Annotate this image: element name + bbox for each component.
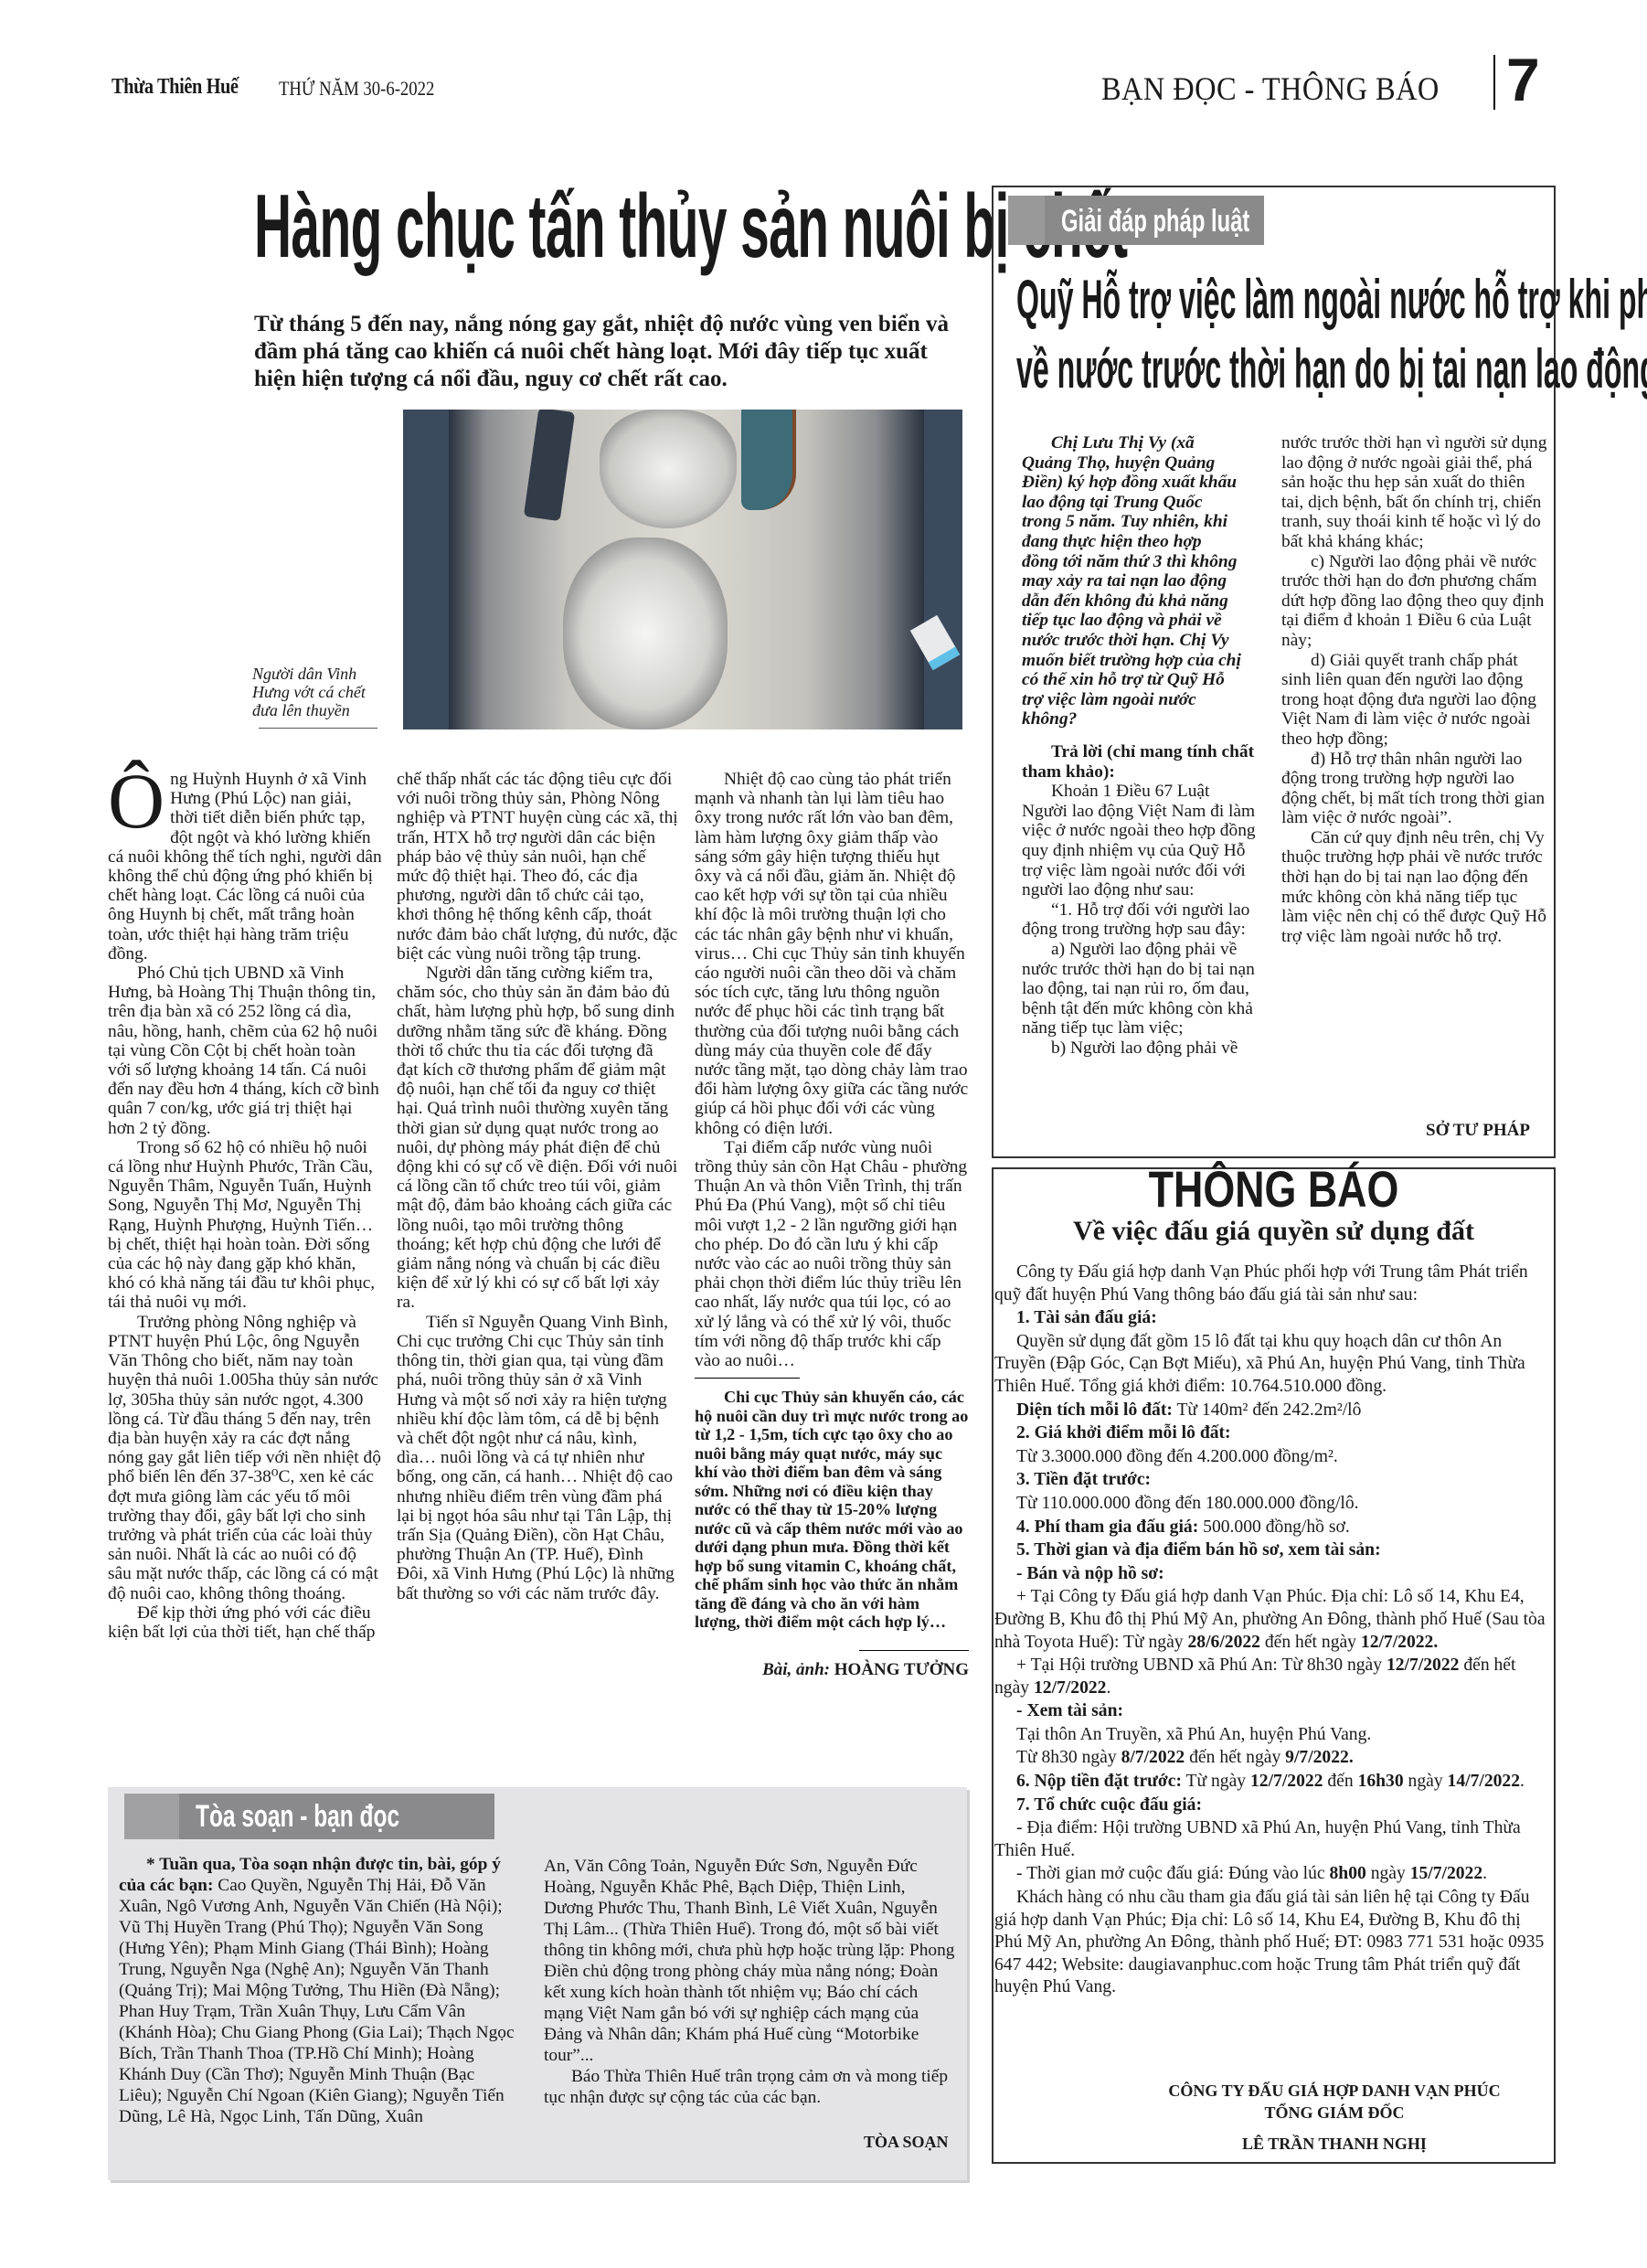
readers-signature: TÒA SOẠN <box>864 2133 949 2152</box>
fish-pile-image-shape <box>600 410 737 528</box>
article-sapo: Từ tháng 5 đến nay, nắng nóng gay gắt, n… <box>254 311 967 393</box>
article-paragraph: Nhiệt độ cao cùng tảo phát triển mạnh và… <box>695 770 969 1138</box>
legal-qa-signature: SỞ TƯ PHÁP <box>1426 1121 1530 1141</box>
article-byline: Bài, ảnh: HOÀNG TƯỞNG <box>695 1660 969 1679</box>
readers-column-2: An, Văn Công Toản, Nguyễn Đức Sơn, Nguyễ… <box>544 1856 955 2108</box>
article-paragraph-continued: chế thấp nhất các tác động tiêu cực đối … <box>397 770 678 964</box>
legal-answer-col-1: Trả lời (chỉ mang tính chất tham khảo): … <box>1022 742 1256 1059</box>
article-paragraph: Trong số 62 hộ có nhiều hộ nuôi cá lồng … <box>108 1138 382 1313</box>
note-divider <box>695 1378 800 1379</box>
contact-info: Khách hàng có nhu cầu tham gia đấu giá t… <box>994 1887 1547 1999</box>
photo-caption: Người dân Vinh Hưng vớt cá chết đưa lên … <box>252 665 380 719</box>
header-divider <box>1493 55 1495 110</box>
newspaper-name: Thừa Thiên Huế <box>112 75 239 100</box>
article-paragraph: Tiến sĩ Nguyễn Quang Vinh Bình, Chi cục … <box>397 1313 678 1603</box>
fish-pile-image-shape <box>563 538 728 729</box>
article-paragraph: Để kịp thời ứng phó với các điều kiện bấ… <box>108 1603 382 1643</box>
article-paragraph: Trưởng phòng Nông nghiệp và PTNT huyện P… <box>108 1313 382 1603</box>
legal-qa-tag: Giải đáp pháp luật <box>1008 196 1264 245</box>
legal-qa-title: Quỹ Hỗ trợ việc làm ngoài nước hỗ trợ kh… <box>1016 265 1300 404</box>
article-column-3: Nhiệt độ cao cùng tảo phát triển mạnh và… <box>695 770 969 1679</box>
answer-label: Trả lời (chỉ mang tính chất tham khảo): <box>1022 742 1256 782</box>
readers-column-1: * Tuần qua, Tòa soạn nhận được tin, bài,… <box>119 1854 521 2127</box>
caption-divider <box>259 728 377 729</box>
article-photo-dead-fish <box>403 410 962 729</box>
main-headline: Hàng chục tấn thủy sản nuôi bị chết <box>254 181 673 271</box>
notice-subtitle: Về việc đấu giá quyền sử dụng đất <box>992 1216 1556 1247</box>
article-column-1: Ông Huỳnh Huynh ở xã Vinh Hưng (Phú Lộc)… <box>108 770 382 1643</box>
byline-divider <box>859 1650 969 1651</box>
article-paragraph: Phó Chủ tịch UBND xã Vinh Hưng, bà Hoàng… <box>108 964 382 1138</box>
notice-signature: CÔNG TY ĐẤU GIÁ HỢP DANH VẠN PHÚC TỔNG G… <box>1133 2080 1535 2155</box>
drop-cap: Ô <box>108 770 165 832</box>
article-paragraph: Tại điểm cấp nước vùng nuôi trồng thủy s… <box>695 1138 969 1370</box>
issue-date: THỨ NĂM 30-6-2022 <box>279 77 434 101</box>
article-paragraph: Ông Huỳnh Huynh ở xã Vinh Hưng (Phú Lộc)… <box>108 770 382 964</box>
page-number: 7 <box>1506 49 1540 110</box>
article-column-2: chế thấp nhất các tác động tiêu cực đối … <box>397 770 678 1603</box>
legal-answer-col-2: nước trước thời hạn vì người sử dụng lao… <box>1281 433 1548 946</box>
recommendation-note: Chi cục Thủy sản khuyến cáo, các hộ nuôi… <box>695 1388 969 1632</box>
notice-title: THÔNG BÁO <box>1048 1159 1500 1219</box>
article-paragraph: Người dân tăng cường kiểm tra, chăm sóc,… <box>397 964 678 1313</box>
notice-body: Công ty Đấu giá hợp danh Vạn Phúc phối h… <box>994 1262 1547 2000</box>
legal-question: Chị Lưu Thị Vy (xã Quảng Thọ, huyện Quản… <box>1022 433 1241 729</box>
net-image-shape <box>741 410 796 510</box>
section-title: BẠN ĐỌC - THÔNG BÁO <box>1101 69 1440 108</box>
readers-tag: Tòa soạn - bạn đọc <box>124 1794 494 1839</box>
